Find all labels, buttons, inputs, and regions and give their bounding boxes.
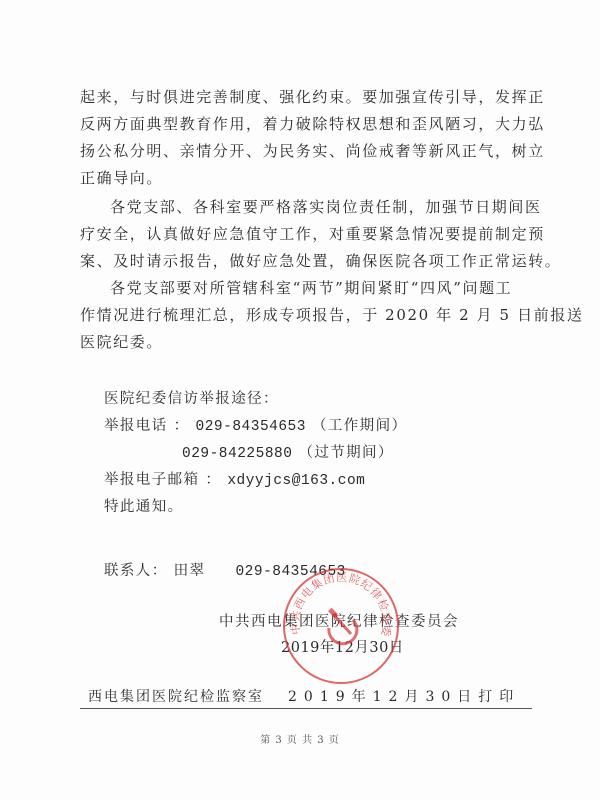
document-page: 起来，与时俱进完善制度、强化约束。要加强宣传引导，发挥正 反两方面典型教育作用，…	[0, 0, 600, 800]
text-line: 正确导向。	[80, 165, 532, 192]
contact-person-label: 联系人：	[104, 563, 168, 579]
print-record-line: 西电集团医院纪检监察室 2019年12月30日打印	[80, 686, 532, 709]
text-line: 各党支部要对所管辖科室“两节”期间紧盯“四风”问题工	[80, 275, 532, 302]
email-row: 举报电子邮箱 ： xdyyjcs@163.com	[104, 467, 365, 495]
contact-person-name: 田翠	[174, 563, 206, 579]
text-line: 反两方面典型教育作用，着力破除特权思想和歪风陋习，大力弘	[80, 111, 532, 138]
report-channels-heading: 医院纪委信访举报途径：	[104, 386, 279, 413]
svg-text:中共西电集团医院纪律检查委员会: 中共西电集团医院纪律检查委员会	[285, 570, 394, 638]
print-date: 2019年12月30日打印	[288, 686, 520, 706]
text-line: 疗安全，认真做好应急值守工作，对重要紧急情况要提前制定预	[80, 221, 532, 248]
email-address: xdyyjcs@163.com	[227, 473, 365, 489]
official-seal-stamp: 中共西电集团医院纪律检查委员会	[283, 568, 399, 684]
phone-row-2: 029-84225880 （过节期间）	[182, 440, 394, 468]
phone-number-work: 029-84354653	[196, 419, 306, 435]
phone-row-1: 举报电话 ： 029-84354653 （工作期间）	[104, 413, 407, 441]
seal-emblem-icon: 中共西电集团医院纪律检查委员会	[285, 570, 397, 682]
text-line: 扬公私分明、亲情分开、为民务实、尚俭戒奢等新风正气，树立	[80, 138, 532, 165]
page-indicator: 第 3 页 共 3 页	[0, 731, 600, 746]
phone-note-work: （工作期间）	[312, 418, 407, 434]
phone-label: 举报电话 ：	[104, 418, 190, 434]
text-line: 案、及时请示报告，做好应急处置，确保医院各项工作正常运转。	[80, 248, 532, 275]
text-line: 起来，与时俱进完善制度、强化约束。要加强宣传引导，发挥正	[80, 84, 532, 111]
phone-number-holiday: 029-84225880	[182, 446, 292, 462]
text-line: 作情况进行梳理汇总，形成专项报告，于 2020 年 2 月 5 日前报送	[80, 302, 532, 329]
text-line: 各党支部、各科室要严格落实岗位责任制，加强节日期间医	[80, 194, 532, 221]
paragraph-1: 起来，与时俱进完善制度、强化约束。要加强宣传引导，发挥正 反两方面典型教育作用，…	[80, 84, 532, 192]
closing-text: 特此通知。	[104, 494, 184, 521]
text-line: 医院纪委。	[80, 329, 532, 356]
print-organization: 西电集团医院纪检监察室	[88, 686, 264, 706]
phone-note-holiday: （过节期间）	[298, 445, 393, 461]
paragraph-2: 各党支部、各科室要严格落实岗位责任制，加强节日期间医 疗安全，认真做好应急值守工…	[80, 194, 532, 275]
email-label: 举报电子邮箱 ：	[104, 472, 221, 488]
paragraph-3: 各党支部要对所管辖科室“两节”期间紧盯“四风”问题工 作情况进行梳理汇总，形成专…	[80, 275, 532, 356]
